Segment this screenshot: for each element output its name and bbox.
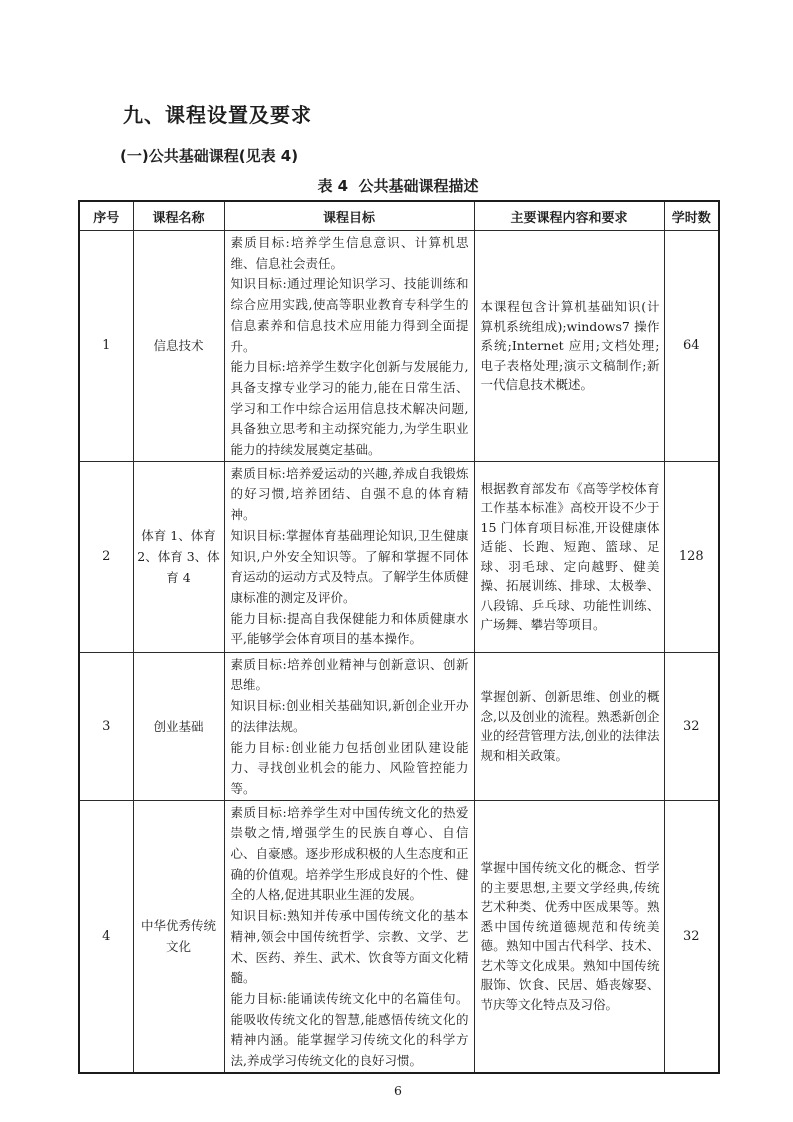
cell-objectives: 素质目标:培养爱运动的兴趣,养成自我锻炼的好习惯,培养团结、自强不息的体育精神。… <box>224 461 474 652</box>
cell-course-name: 信息技术 <box>133 231 224 462</box>
objective-ability: 能力目标:提高自我保健能力和体质健康水平,能够学会体育项目的基本操作。 <box>231 609 469 650</box>
cell-content: 掌握中国传统文化的概念、哲学的主要思想,主要文学经典,传统艺术种类、优秀中医成果… <box>474 800 664 1073</box>
cell-no: 2 <box>79 461 133 652</box>
col-header-content: 主要课程内容和要求 <box>474 201 664 231</box>
objective-quality: 素质目标:培养创业精神与创新意识、创新思维。 <box>231 655 469 696</box>
cell-hours: 32 <box>664 652 719 800</box>
cell-objectives: 素质目标:培养创业精神与创新意识、创新思维。 知识目标:创业相关基础知识,新创企… <box>224 652 474 800</box>
col-header-objectives: 课程目标 <box>224 201 474 231</box>
section-title: 九、课程设置及要求 <box>78 100 718 130</box>
objective-ability: 能力目标:创业能力包括创业团队建设能力、寻找创业机会的能力、风险管控能力等。 <box>231 738 469 800</box>
objective-quality: 素质目标:培养学生信息意识、计算机思维、信息社会责任。 <box>231 233 469 274</box>
cell-hours: 128 <box>664 461 719 652</box>
cell-no: 3 <box>79 652 133 800</box>
subsection-title: (一)公共基础课程(见表 4) <box>78 145 718 167</box>
objective-quality: 素质目标:培养爱运动的兴趣,养成自我锻炼的好习惯,培养团结、自强不息的体育精神。 <box>231 464 469 526</box>
col-header-hours: 学时数 <box>664 201 719 231</box>
col-header-course-name: 课程名称 <box>133 201 224 231</box>
table-row: 3 创业基础 素质目标:培养创业精神与创新意识、创新思维。 知识目标:创业相关基… <box>79 652 719 800</box>
cell-content: 本课程包含计算机基础知识(计算机系统组成);windows7 操作系统;Inte… <box>474 231 664 462</box>
cell-no: 1 <box>79 231 133 462</box>
objective-quality: 素质目标:培养学生对中国传统文化的热爱崇敬之情,增强学生的民族自尊心、自信心、自… <box>231 803 469 907</box>
objective-ability: 能力目标:能诵读传统文化中的名篇佳句。能吸收传统文化的智慧,能感悟传统文化的精神… <box>231 989 469 1072</box>
cell-hours: 64 <box>664 231 719 462</box>
table-row: 2 体育 1、体育 2、体育 3、体育 4 素质目标:培养爱运动的兴趣,养成自我… <box>79 461 719 652</box>
table-header-row: 序号 课程名称 课程目标 主要课程内容和要求 学时数 <box>79 201 719 231</box>
cell-course-name: 中华优秀传统文化 <box>133 800 224 1073</box>
cell-objectives: 素质目标:培养学生信息意识、计算机思维、信息社会责任。 知识目标:通过理论知识学… <box>224 231 474 462</box>
objective-knowledge: 知识目标:掌握体育基础理论知识,卫生健康知识,户外安全知识等。了解和掌握不同体育… <box>231 526 469 609</box>
objective-knowledge: 知识目标:创业相关基础知识,新创企业开办的法律法规。 <box>231 696 469 737</box>
cell-hours: 32 <box>664 800 719 1073</box>
table-row: 4 中华优秀传统文化 素质目标:培养学生对中国传统文化的热爱崇敬之情,增强学生的… <box>79 800 719 1073</box>
objective-knowledge: 知识目标:通过理论知识学习、技能训练和综合应用实践,使高等职业教育专科学生的信息… <box>231 274 469 357</box>
table-caption: 表 4 公共基础课程描述 <box>78 176 718 196</box>
objective-ability: 能力目标:培养学生数字化创新与发展能力,具备支撑专业学习的能力,能在日常生活、学… <box>231 357 469 461</box>
page-number: 6 <box>78 1083 718 1098</box>
table-row: 1 信息技术 素质目标:培养学生信息意识、计算机思维、信息社会责任。 知识目标:… <box>79 231 719 462</box>
course-table: 序号 课程名称 课程目标 主要课程内容和要求 学时数 1 信息技术 素质目标:培… <box>78 200 720 1074</box>
cell-objectives: 素质目标:培养学生对中国传统文化的热爱崇敬之情,增强学生的民族自尊心、自信心、自… <box>224 800 474 1073</box>
objective-knowledge: 知识目标:熟知并传承中国传统文化的基本精神,领会中国传统哲学、宗教、文学、艺术、… <box>231 906 469 989</box>
cell-course-name: 创业基础 <box>133 652 224 800</box>
page-content: 九、课程设置及要求 (一)公共基础课程(见表 4) 表 4 公共基础课程描述 序… <box>78 0 718 1098</box>
cell-course-name: 体育 1、体育 2、体育 3、体育 4 <box>133 461 224 652</box>
document-page: 九、课程设置及要求 (一)公共基础课程(见表 4) 表 4 公共基础课程描述 序… <box>0 0 793 1122</box>
cell-content: 根据教育部发布《高等学校体育工作基本标准》高校开设不少于 15 门体育项目标准,… <box>474 461 664 652</box>
cell-content: 掌握创新、创新思维、创业的概念,以及创业的流程。熟悉新创企业的经营管理方法,创业… <box>474 652 664 800</box>
cell-no: 4 <box>79 800 133 1073</box>
col-header-no: 序号 <box>79 201 133 231</box>
